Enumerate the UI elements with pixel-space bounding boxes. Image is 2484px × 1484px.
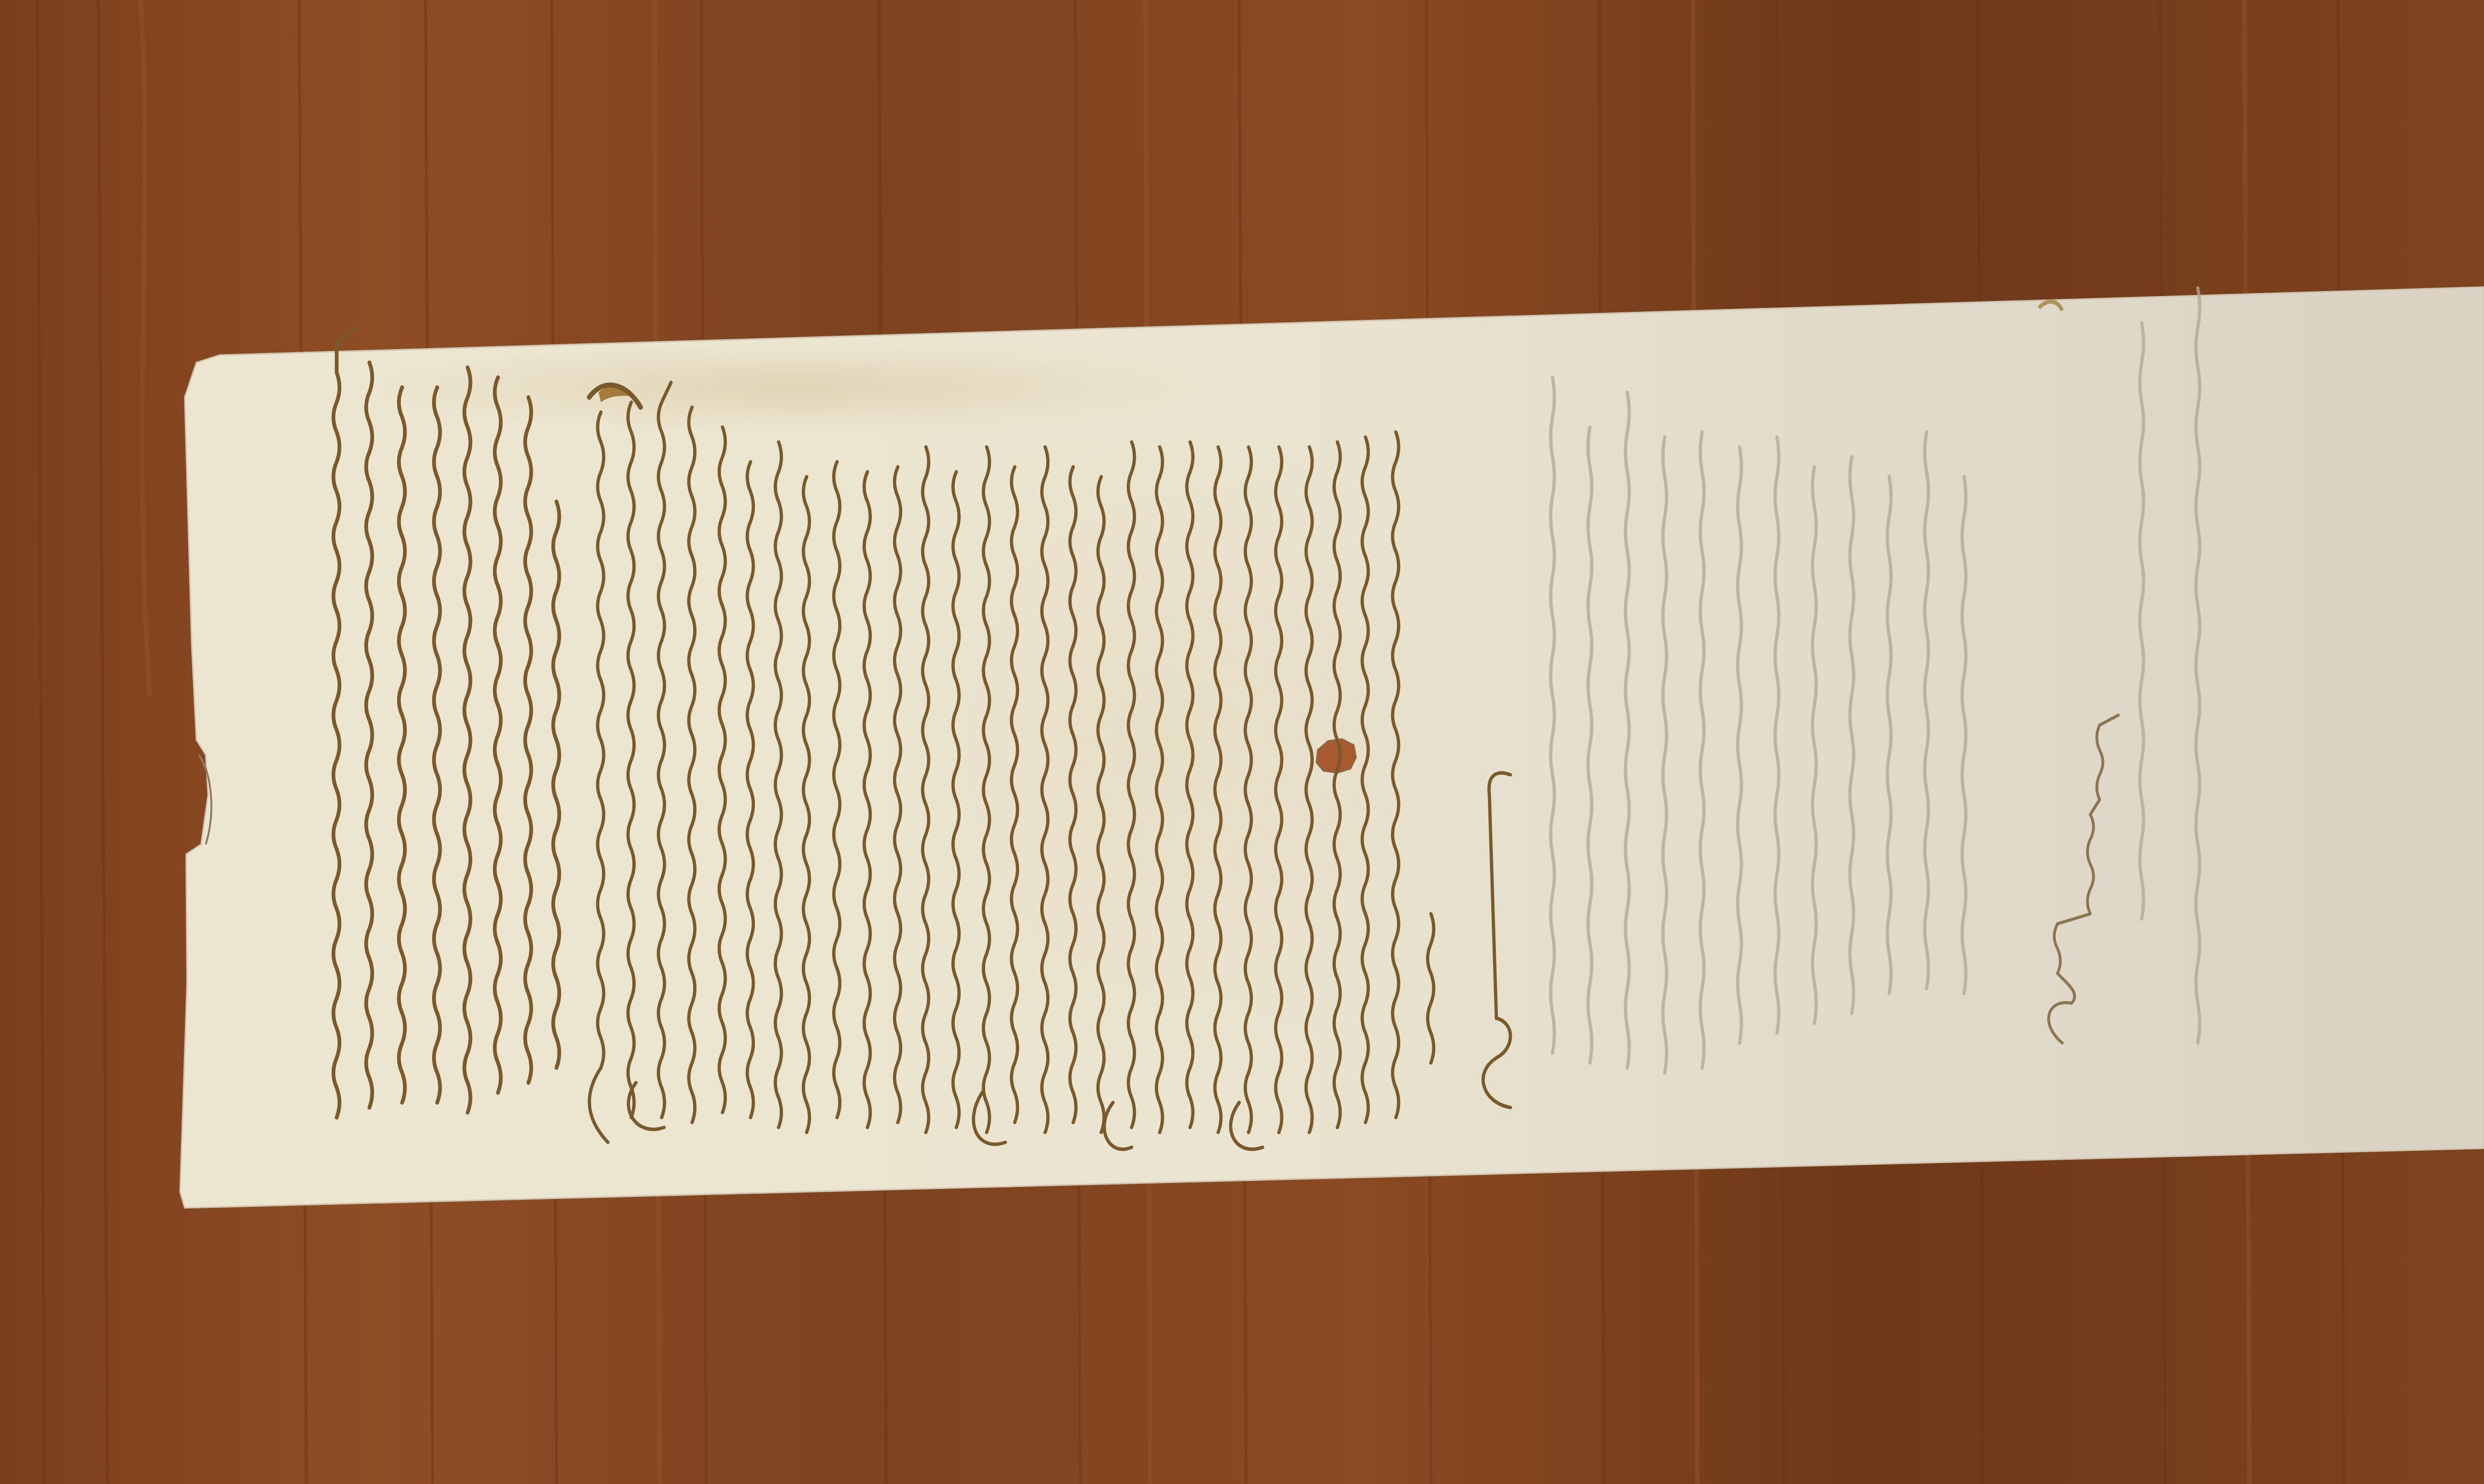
manuscript-photo (0, 0, 2484, 1484)
photo-stage: Handwritten manuscript letter on a woode… (0, 0, 2484, 1484)
